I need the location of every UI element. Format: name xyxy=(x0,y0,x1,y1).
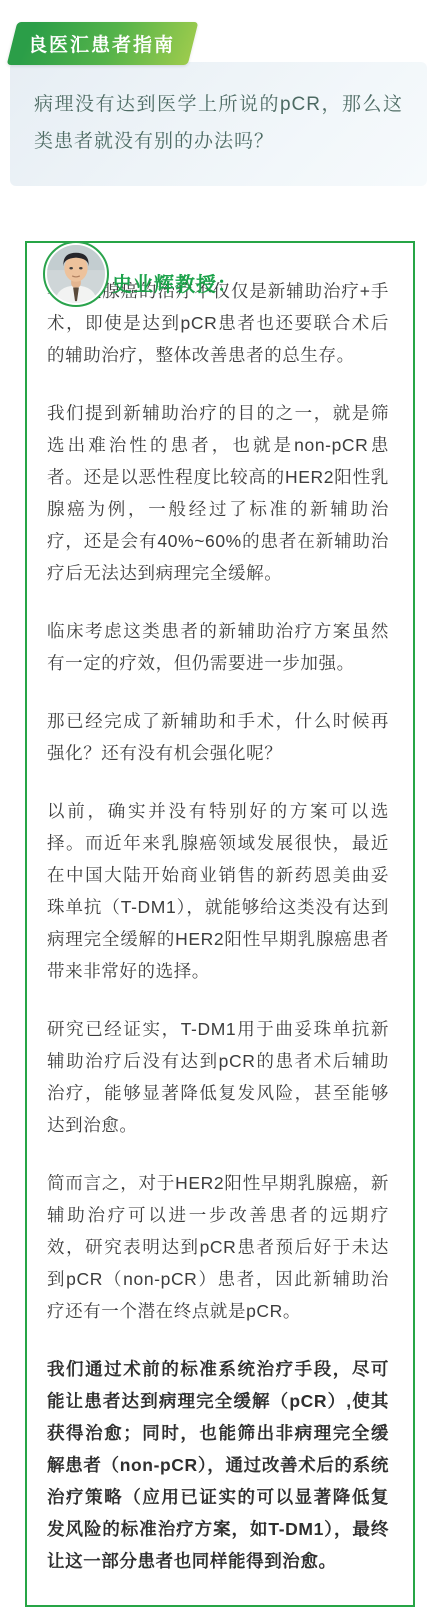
article-page: 良医汇患者指南 病理没有达到医学上所说的pCR，那么这类患者就没有别的办法吗？ xyxy=(0,0,436,1607)
answer-paragraph-emphasis: 我们通过术前的标准系统治疗手段，尽可能让患者达到病理完全缓解（pCR）,使其获得… xyxy=(47,1353,389,1577)
guide-ribbon-badge: 良医汇患者指南 xyxy=(7,22,199,65)
answer-paragraph: 临床考虑这类患者的新辅助治疗方案虽然有一定的疗效，但仍需要进一步加强。 xyxy=(47,615,389,679)
expert-name: 史业辉教授： xyxy=(112,268,238,297)
answer-box: 早期乳腺癌的治疗不仅仅是新辅助治疗+手术，即使是达到pCR患者也还要联合术后的辅… xyxy=(25,241,415,1607)
guide-ribbon-label: 良医汇患者指南 xyxy=(28,30,175,57)
question-text: 病理没有达到医学上所说的pCR，那么这类患者就没有别的办法吗？ xyxy=(34,86,403,160)
expert-avatar xyxy=(43,241,109,307)
answer-paragraph: 简而言之，对于HER2阳性早期乳腺癌，新辅助治疗可以进一步改善患者的远期疗效，研… xyxy=(47,1167,389,1327)
expert-section: 史业辉教授： 早期乳腺癌的治疗不仅仅是新辅助治疗+手术，即使是达到pCR患者也还… xyxy=(25,241,415,1607)
answer-paragraph: 研究已经证实，T-DM1用于曲妥珠单抗新辅助治疗后没有达到pCR的患者术后辅助治… xyxy=(47,1013,389,1141)
question-box: 病理没有达到医学上所说的pCR，那么这类患者就没有别的办法吗？ xyxy=(10,62,427,186)
doctor-portrait-icon xyxy=(47,245,105,303)
answer-paragraph: 我们提到新辅助治疗的目的之一，就是筛选出难治性的患者，也就是non-pCR患者。… xyxy=(47,397,389,589)
answer-paragraph: 以前，确实并没有特别好的方案可以选择。而近年来乳腺癌领域发展很快，最近在中国大陆… xyxy=(47,795,389,987)
answer-paragraph: 那已经完成了新辅助和手术，什么时候再强化？还有没有机会强化呢？ xyxy=(47,705,389,769)
